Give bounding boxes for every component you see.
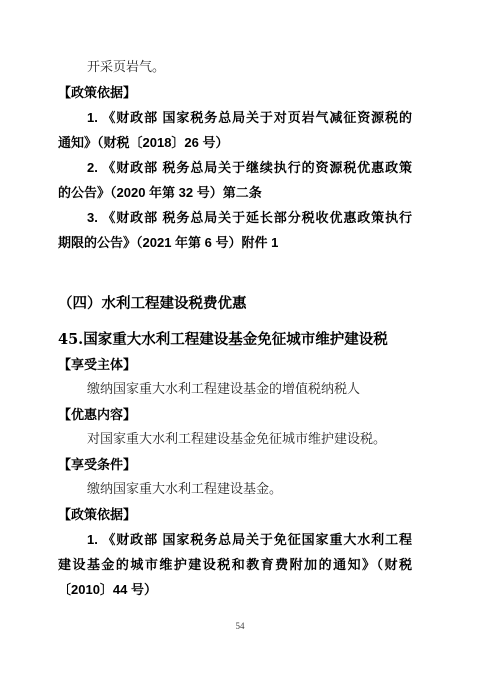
paragraph-label: 【政策依据】 bbox=[58, 502, 412, 527]
text-line: 1. 《财政部 国家税务总局关于对页岩气减征资源税的 bbox=[58, 105, 412, 130]
text-line: 期限的公告》（2021 年第 6 号）附件 1 bbox=[58, 230, 412, 255]
paragraph-label: 【享受主体】 bbox=[58, 352, 412, 377]
text-line: 45.国家重大水利工程建设基金免征城市维护建设税 bbox=[58, 327, 412, 352]
text-line: 缴纳国家重大水利工程建设基金的增值税纳税人 bbox=[58, 377, 412, 402]
text-line: 通知》（财税〔2018〕26 号） bbox=[58, 130, 412, 155]
text-line: 【政策依据】 bbox=[58, 80, 412, 105]
text-line: 1. 《财政部 国家税务总局关于免征国家重大水利工程 bbox=[58, 527, 412, 552]
text-line: 建设基金的城市维护建设税和教育费附加的通知》（财税 bbox=[58, 552, 412, 577]
paragraph-body: 开采页岩气。 bbox=[58, 55, 412, 80]
paragraph-body: 缴纳国家重大水利工程建设基金的增值税纳税人 bbox=[58, 377, 412, 402]
text-line: 【享受条件】 bbox=[58, 452, 412, 477]
paragraph-title: 45.国家重大水利工程建设基金免征城市维护建设税 bbox=[58, 327, 412, 352]
text-line: （四）水利工程建设税费优惠 bbox=[58, 292, 412, 317]
paragraph-item: 1. 《财政部 国家税务总局关于免征国家重大水利工程建设基金的城市维护建设税和教… bbox=[58, 527, 412, 602]
paragraph-label: 【优惠内容】 bbox=[58, 402, 412, 427]
paragraph-label: 【享受条件】 bbox=[58, 452, 412, 477]
text-line: 【政策依据】 bbox=[58, 502, 412, 527]
paragraph-section: （四）水利工程建设税费优惠 bbox=[58, 292, 412, 317]
text-line: 缴纳国家重大水利工程建设基金。 bbox=[58, 477, 412, 502]
document-content: 开采页岩气。【政策依据】1. 《财政部 国家税务总局关于对页岩气减征资源税的通知… bbox=[58, 55, 412, 602]
text-line: 开采页岩气。 bbox=[58, 55, 412, 80]
text-line: 3. 《财政部 税务总局关于延长部分税收优惠政策执行 bbox=[58, 205, 412, 230]
paragraph-item: 3. 《财政部 税务总局关于延长部分税收优惠政策执行期限的公告》（2021 年第… bbox=[58, 205, 412, 255]
text-line: 的公告》（2020 年第 32 号）第二条 bbox=[58, 180, 412, 205]
text-line: 〔2010〕44 号） bbox=[58, 577, 412, 602]
paragraph-item: 2. 《财政部 税务总局关于继续执行的资源税优惠政策的公告》（2020 年第 3… bbox=[58, 155, 412, 205]
document-page: 开采页岩气。【政策依据】1. 《财政部 国家税务总局关于对页岩气减征资源税的通知… bbox=[0, 0, 480, 678]
text-line: 【优惠内容】 bbox=[58, 402, 412, 427]
paragraph-body: 缴纳国家重大水利工程建设基金。 bbox=[58, 477, 412, 502]
paragraph-label: 【政策依据】 bbox=[58, 80, 412, 105]
paragraph-item: 1. 《财政部 国家税务总局关于对页岩气减征资源税的通知》（财税〔2018〕26… bbox=[58, 105, 412, 155]
paragraph-body: 对国家重大水利工程建设基金免征城市维护建设税。 bbox=[58, 427, 412, 452]
text-line: 2. 《财政部 税务总局关于继续执行的资源税优惠政策 bbox=[58, 155, 412, 180]
text-line: 对国家重大水利工程建设基金免征城市维护建设税。 bbox=[58, 427, 412, 452]
page-number: 54 bbox=[0, 619, 480, 633]
text-line: 【享受主体】 bbox=[58, 352, 412, 377]
